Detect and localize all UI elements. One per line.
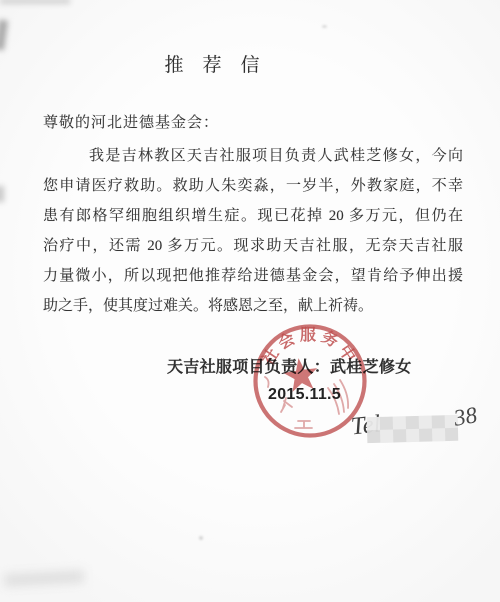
date-line: 2015.11.5 <box>268 386 341 404</box>
letter-title: 推 荐 信 <box>0 50 424 77</box>
signature-line: 天吉社服项目负责人：武桂芝修女 <box>167 354 412 377</box>
body-line: 您申请医疗救助。救助人朱奕淼，一岁半，外教家庭，不幸 <box>43 171 463 201</box>
body-line: 力量微小，所以现把他推荐给进德基金会，望肯给予伸出援 <box>43 261 463 291</box>
redaction-mosaic <box>367 415 459 443</box>
letter-body: 我是吉林教区天吉社服项目负责人武桂芝修女，今向 您申请医疗救助。救助人朱奕淼，一… <box>43 141 463 321</box>
handwritten-number: 38 <box>452 402 479 432</box>
body-line: 治疗中，还需 20 多万元。现求助天吉社服，无奈天吉社服 <box>43 231 463 261</box>
body-line: 患有郎格罕细胞组织增生症。现已花掉 20 多万元，但仍在 <box>43 201 463 231</box>
paper-smudge <box>0 20 8 51</box>
seal-ring <box>256 327 365 436</box>
paper-smudge <box>4 570 85 587</box>
paper-smudge <box>0 0 70 4</box>
body-line: 我是吉林教区天吉社服项目负责人武桂芝修女，今向 <box>43 141 463 171</box>
body-line: 助之手，使其度过难关。将感恩之至，献上祈祷。 <box>43 291 463 321</box>
paper-speck <box>322 25 327 28</box>
paper-smudge <box>0 186 4 202</box>
paper-speck <box>199 536 203 540</box>
letter-photo: 推 荐 信 尊敬的河北进德基金会： 我是吉林教区天吉社服项目负责人武桂芝修女，今… <box>0 0 500 602</box>
salutation: 尊敬的河北进德基金会： <box>43 111 219 132</box>
